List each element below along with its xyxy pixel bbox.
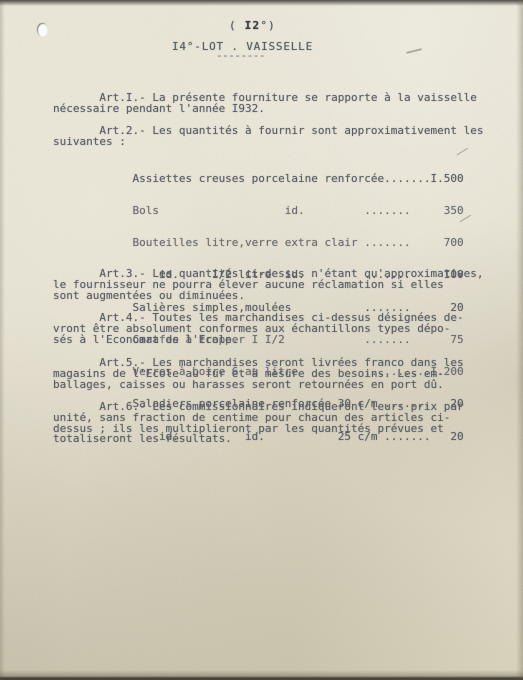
page-number-close: °) — [260, 19, 276, 32]
paragraph-article-2: Art.2.- Les quantités à fournir sont app… — [53, 126, 483, 148]
list-row: Bouteilles litre,verre extra clair .....… — [53, 238, 464, 249]
list-row: Assiettes creuses porcelaine renforcée..… — [53, 174, 464, 185]
scan-edge-top — [0, 0, 523, 6]
page-number: ( I2°) — [229, 21, 276, 32]
list-row: Bols id. ....... 350 — [53, 206, 464, 217]
paragraph-article-5: Art.5.- Les marchandises seront livrées … — [53, 358, 464, 390]
paragraph-article-3: Art.3.- Les quantités ci-dessus n'étant … — [53, 269, 483, 301]
scanned-document: ( I2°) I4°-LOT . VAISSELLE -------- Art.… — [0, 0, 523, 680]
paragraph-article-6: Art.6.- Les commissionnaires indiqueront… — [53, 402, 464, 445]
page-number-value: I2 — [245, 19, 261, 32]
paragraph-article-4: Art.4.- Toutes les marchandises ci-dessu… — [53, 313, 464, 345]
scan-edge-left — [0, 0, 5, 680]
scan-edge-bottom — [0, 670, 523, 680]
paragraph-article-1: Art.I.- La présente fourniture se rappor… — [53, 93, 477, 115]
scan-edge-right — [516, 0, 523, 680]
title-underline: -------- — [216, 51, 265, 62]
page-number-open: ( — [229, 19, 245, 32]
